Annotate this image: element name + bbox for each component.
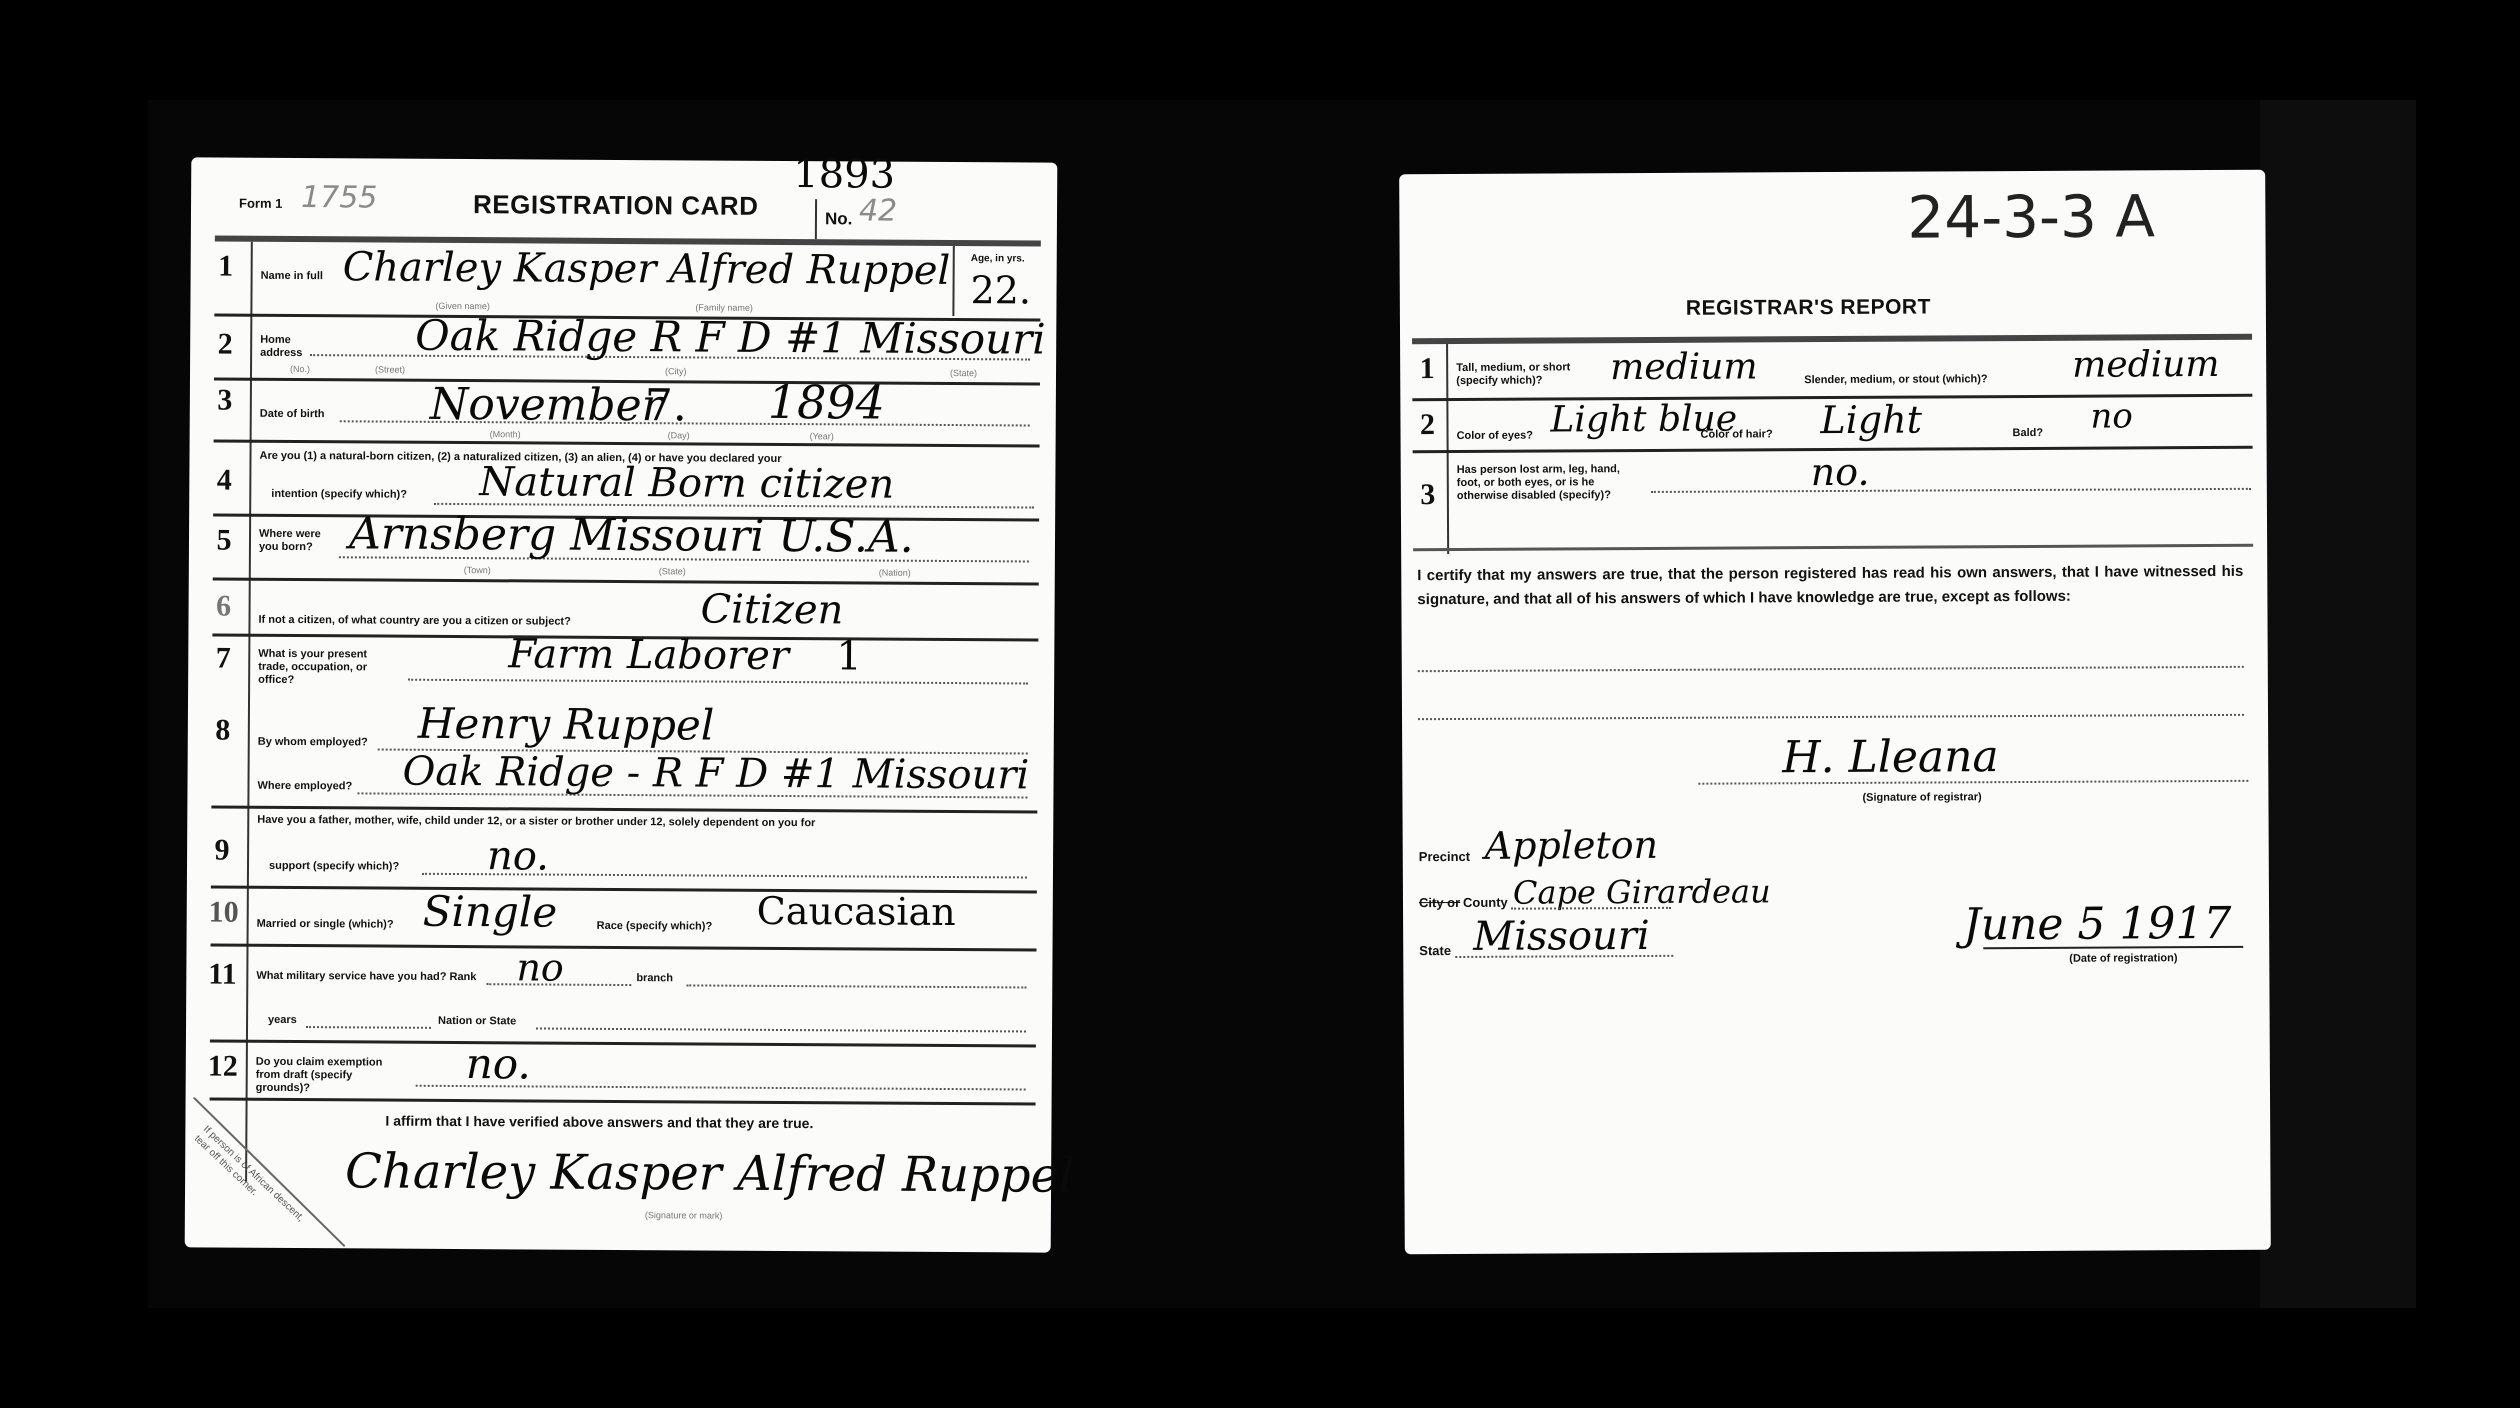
county: Cape Girardeau: [1513, 872, 1771, 911]
pencil-serial: 1755: [301, 180, 378, 215]
citizenship-status: Natural Born citizen: [479, 459, 894, 508]
marital-status: Single: [423, 887, 558, 937]
dependents: no.: [487, 833, 549, 879]
age-value: 22.: [970, 268, 1031, 312]
registration-card-front: Form 1 1755 REGISTRATION CARD 1893 No. 4…: [185, 157, 1058, 1252]
employer: Henry Ruppel: [418, 699, 715, 750]
registrars-report-back: 24-3-3 A REGISTRAR'S REPORT 1 Tall, medi…: [1399, 170, 2271, 1255]
military-service: no: [516, 945, 564, 989]
form-number-label: Form 1: [239, 196, 282, 211]
affirmation-text: I affirm that I have verified above answ…: [385, 1115, 813, 1131]
birthplace: Arnsberg Missouri U.S.A.: [349, 508, 914, 562]
bald: no: [2090, 396, 2133, 436]
height-build: medium: [1610, 346, 1758, 388]
handwritten-year: 1893: [793, 151, 895, 198]
exemption-claim: no.: [466, 1039, 531, 1088]
race: Caucasian: [757, 889, 956, 934]
state: Missouri: [1473, 913, 1650, 960]
birth-year: 1894: [768, 375, 885, 430]
registrant-signature: Charley Kasper Alfred Ruppel: [345, 1143, 1075, 1203]
film-edge: [2260, 100, 2416, 1308]
home-address: Oak Ridge R F D #1 Missouri: [415, 311, 1046, 364]
birth-day: 7.: [645, 380, 687, 431]
certification-text: I certify that my answers are true, that…: [1417, 560, 2243, 612]
slender-build: medium: [2072, 344, 2220, 386]
card-number: 42: [859, 193, 897, 228]
hair-color: Light: [1820, 398, 1922, 443]
disability: no.: [1811, 450, 1870, 494]
registration-date: June 5 1917: [1963, 898, 2232, 950]
name-in-full: Charley Kasper Alfred Ruppel: [343, 244, 951, 294]
report-title: REGISTRAR'S REPORT: [1686, 295, 1931, 320]
classification-stamp: 24-3-3 A: [1907, 182, 2155, 251]
registrar-signature: H. Lleana: [1782, 731, 1999, 783]
precinct: Appleton: [1485, 823, 1659, 868]
tear-corner-line: [185, 1097, 356, 1248]
birth-month: November: [430, 379, 663, 431]
place-of-employment: Oak Ridge - R F D #1 Missouri: [402, 749, 1029, 799]
citizen-of-country: Citizen: [700, 586, 843, 633]
card-title: REGISTRATION CARD: [473, 189, 759, 222]
occupation: Farm Laborer: [508, 631, 789, 679]
number-label: No.: [825, 209, 853, 229]
